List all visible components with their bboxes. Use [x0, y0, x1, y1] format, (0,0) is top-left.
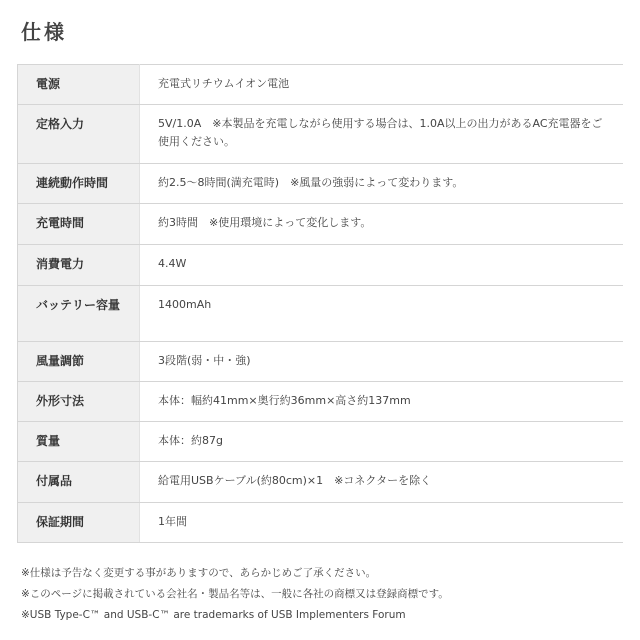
row-label: 外形寸法 [18, 382, 140, 422]
row-value: 約3時間 ※使用環境によって変化します。 [140, 204, 624, 245]
row-label: 定格入力 [18, 105, 140, 164]
table-row-battery-capacity: バッテリー容量 1400mAh [18, 286, 624, 342]
row-label: 消費電力 [18, 245, 140, 286]
table-row-charge-time: 充電時間 約3時間 ※使用環境によって変化します。 [18, 204, 624, 245]
footnote-usb-c-trademark: ※USB Type-C™ and USB-C™ are trademarks o… [21, 605, 631, 626]
row-value: 4.4W [140, 245, 624, 286]
row-value: 1400mAh [140, 286, 624, 342]
table-row-power-source: 電源 充電式リチウムイオン電池 [18, 65, 624, 105]
table-row-accessories: 付属品 給電用USBケーブル(約80cm)×1 ※コネクターを除く [18, 462, 624, 503]
row-value: 給電用USBケーブル(約80cm)×1 ※コネクターを除く [140, 462, 624, 503]
row-value: 約2.5～8時間(満充電時) ※風量の強弱によって変わります。 [140, 164, 624, 204]
row-label: バッテリー容量 [18, 286, 140, 342]
table-row-weight: 質量 本体：約87g [18, 422, 624, 462]
table-row-airflow: 風量調節 3段階(弱・中・強) [18, 342, 624, 382]
row-value: 充電式リチウムイオン電池 [140, 65, 624, 105]
table-row-dimensions: 外形寸法 本体：幅約41mm×奥行約36mm×高さ約137mm [18, 382, 624, 422]
page-title: 仕様 [21, 16, 67, 45]
row-label: 連続動作時間 [18, 164, 140, 204]
row-label: 充電時間 [18, 204, 140, 245]
row-value: 本体：幅約41mm×奥行約36mm×高さ約137mm [140, 382, 624, 422]
row-label: 電源 [18, 65, 140, 105]
row-value: 5V/1.0A ※本製品を充電しながら使用する場合は、1.0A以上の出力があるA… [140, 105, 624, 164]
row-label: 付属品 [18, 462, 140, 503]
row-label: 質量 [18, 422, 140, 462]
table-row-warranty: 保証期間 1年間 [18, 503, 624, 543]
footnotes: ※仕様は予告なく変更する事がありますので、あらかじめご了承ください。 ※このペー… [21, 563, 631, 626]
table-row-continuous-operation: 連続動作時間 約2.5～8時間(満充電時) ※風量の強弱によって変わります。 [18, 164, 624, 204]
footnote-trademarks: ※このページに掲載されている会社名・製品名等は、一般に各社の商標又は登録商標です… [21, 584, 631, 605]
row-value: 3段階(弱・中・強) [140, 342, 624, 382]
row-value: 本体：約87g [140, 422, 624, 462]
row-label: 保証期間 [18, 503, 140, 543]
table-row-power-consumption: 消費電力 4.4W [18, 245, 624, 286]
table-row-rated-input: 定格入力 5V/1.0A ※本製品を充電しながら使用する場合は、1.0A以上の出… [18, 105, 624, 164]
footnote-spec-change: ※仕様は予告なく変更する事がありますので、あらかじめご了承ください。 [21, 563, 631, 584]
spec-table: 電源 充電式リチウムイオン電池 定格入力 5V/1.0A ※本製品を充電しながら… [17, 64, 623, 543]
row-label: 風量調節 [18, 342, 140, 382]
row-value: 1年間 [140, 503, 624, 543]
